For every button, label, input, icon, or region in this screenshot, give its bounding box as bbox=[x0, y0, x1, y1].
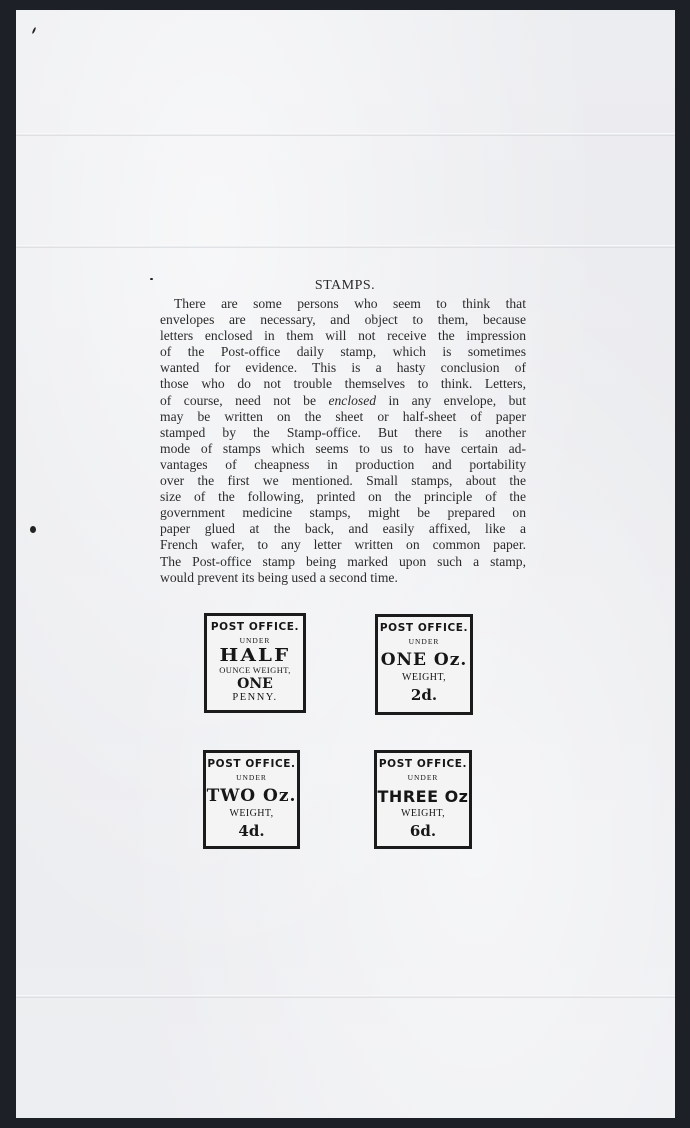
stamp-three-ounce: POST OFFICE. UNDER THREE Oz WEIGHT, 6d. bbox=[374, 750, 472, 849]
text-line: letters enclosed in them will not receiv… bbox=[160, 328, 526, 344]
stamp-under: UNDER bbox=[207, 636, 303, 645]
text-line: mode of stamps which seems to us to have… bbox=[160, 441, 526, 457]
text-line: of the Post-office daily stamp, which is… bbox=[160, 344, 526, 360]
stamp-header: POST OFFICE. bbox=[377, 758, 469, 770]
stamp-weight-sub: WEIGHT, bbox=[206, 808, 297, 819]
text-line: those who do not trouble themselves to t… bbox=[160, 376, 526, 392]
text-line: government medicine stamps, might be pre… bbox=[160, 505, 526, 521]
stamp-value: ONE bbox=[207, 676, 303, 692]
stamp-one-ounce: POST OFFICE. UNDER ONE Oz. WEIGHT, 2d. bbox=[375, 614, 473, 715]
article-title: STAMPS. bbox=[0, 278, 690, 294]
text-line: size of the following, printed on the pr… bbox=[160, 489, 526, 505]
stamp-header: POST OFFICE. bbox=[207, 621, 303, 633]
stamp-under: UNDER bbox=[377, 773, 469, 782]
stamp-value-sub: PENNY. bbox=[207, 692, 303, 703]
stamp-value: 6d. bbox=[377, 822, 469, 840]
text-line: may be written on the sheet or half-shee… bbox=[160, 409, 526, 425]
text-line: envelopes are necessary, and object to t… bbox=[160, 312, 526, 328]
stamp-weight: HALF bbox=[202, 646, 308, 665]
stamp-value: 4d. bbox=[206, 822, 297, 840]
stamp-weight: ONE Oz. bbox=[378, 651, 470, 670]
ink-blot bbox=[30, 526, 36, 533]
ink-speck bbox=[32, 27, 37, 34]
fold-line bbox=[16, 245, 675, 248]
text-line: wanted for evidence. This is a hasty con… bbox=[160, 360, 526, 376]
fold-line bbox=[16, 133, 675, 136]
text-line: would prevent its being used a second ti… bbox=[160, 570, 526, 586]
text-line: paper glued at the back, and easily affi… bbox=[160, 521, 526, 537]
text-line: The Post-office stamp being marked upon … bbox=[160, 554, 526, 570]
stamp-weight-sub: WEIGHT, bbox=[377, 808, 469, 819]
stamp-header: POST OFFICE. bbox=[378, 622, 470, 634]
stamp-under: UNDER bbox=[378, 637, 470, 646]
stamp-two-ounce: POST OFFICE. UNDER TWO Oz. WEIGHT, 4d. bbox=[203, 750, 300, 849]
stamp-weight: TWO Oz. bbox=[206, 787, 297, 806]
stamp-half-ounce: POST OFFICE. UNDER HALF OUNCE WEIGHT, ON… bbox=[204, 613, 306, 713]
stamp-weight-sub: OUNCE WEIGHT, bbox=[207, 665, 303, 675]
text-line: French wafer, to any letter written on c… bbox=[160, 537, 526, 553]
fold-line bbox=[16, 995, 675, 998]
text-line: stamped by the Stamp-office. But there i… bbox=[160, 425, 526, 441]
article-body: There are some persons who seem to think… bbox=[160, 296, 526, 586]
stamp-value: 2d. bbox=[378, 686, 470, 704]
text-line: There are some persons who seem to think… bbox=[160, 296, 526, 312]
text-line: over the first we mentioned. Small stamp… bbox=[160, 473, 526, 489]
stamp-weight: THREE Oz bbox=[377, 787, 469, 806]
stamp-under: UNDER bbox=[206, 773, 297, 782]
stamp-header: POST OFFICE. bbox=[206, 758, 297, 770]
text-line: of course, need not be enclosed in any e… bbox=[160, 393, 526, 409]
stamp-weight-sub: WEIGHT, bbox=[378, 672, 470, 683]
text-line: vantages of cheapness in production and … bbox=[160, 457, 526, 473]
